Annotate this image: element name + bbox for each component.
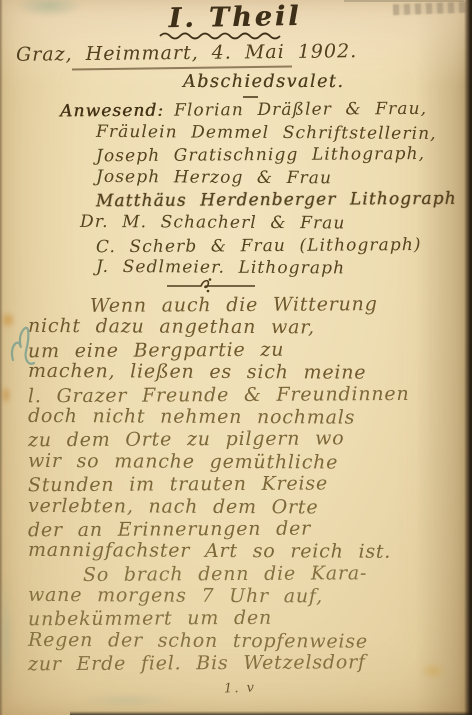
attendees-label: Anwesend: xyxy=(60,100,164,123)
attendee-line: C. Scherb & Frau (Lithograph) xyxy=(96,233,460,258)
attendee-line: Fräulein Demmel Schriftstellerin, xyxy=(96,120,460,145)
attendee-line: Matthäus Herdenberger Lithograph xyxy=(96,188,460,213)
body-line: doch nicht nehmen nochmals xyxy=(28,405,448,430)
body-line: unbekümmert um den xyxy=(28,606,448,631)
body-line: Regen der schon tropfenweise xyxy=(28,629,448,654)
body-line: l. Grazer Freunde & Freundinnen xyxy=(28,382,448,407)
body-line: Stunden im trauten Kreise xyxy=(28,472,448,497)
scan-edge-left xyxy=(0,0,3,715)
body-line: um eine Bergpartie zu xyxy=(28,337,448,362)
body-line: wir so manche gemüthliche xyxy=(28,450,448,475)
ink-bleedthrough xyxy=(80,693,175,708)
scan-edge-bottom xyxy=(70,711,472,715)
attendee-list: Anwesend: Florian Dräßler & Frau, Fräule… xyxy=(60,99,460,280)
pencil-smudge xyxy=(393,2,467,16)
body-line: machen, ließen es sich meine xyxy=(28,360,448,385)
scan-edge-right xyxy=(464,0,472,715)
body-text: Wenn auch die Witterung nicht dazu anget… xyxy=(28,294,448,675)
body-line: zu dem Orte zu pilgern wo xyxy=(28,427,448,452)
dateline-underline xyxy=(72,65,292,70)
title-wavy-underline xyxy=(158,31,288,41)
manuscript-page: I. Theil Graz, Heimmart, 4. Mai 1902. Ab… xyxy=(0,0,472,715)
attendee-line: Anwesend: Florian Dräßler & Frau, xyxy=(60,98,460,123)
body-line: der an Erinnerungen der xyxy=(28,517,448,542)
attendee-line: Joseph Herzog & Frau xyxy=(96,166,460,191)
attendee-line: Dr. M. Schacherl & Frau xyxy=(80,211,460,236)
attendee-name: Florian Dräßler & Frau, xyxy=(174,98,427,122)
page-title: I. Theil xyxy=(140,0,331,34)
body-line: Wenn auch die Witterung xyxy=(28,293,448,318)
body-line: verlebten, nach dem Orte xyxy=(28,494,448,519)
stamp-remnant-stain xyxy=(16,0,82,17)
heading-dash xyxy=(243,96,258,98)
dateline: Graz, Heimmart, 4. Mai 1902. xyxy=(16,40,357,66)
attendee-line: J. Sedlmeier. Lithograph xyxy=(96,256,460,281)
section-heading: Abschiedsvalet. xyxy=(183,72,344,92)
body-line: wane morgens 7 Uhr auf, xyxy=(28,584,448,609)
attendee-line: Joseph Gratischnigg Lithograph, xyxy=(96,143,460,168)
body-line: So brach denn die Kara- xyxy=(28,561,448,586)
body-line: nicht dazu angethan war, xyxy=(28,315,448,340)
body-line: mannigfachster Art so reich ist. xyxy=(28,539,448,564)
divider-flourish xyxy=(163,277,259,293)
body-line: zur Erde fiel. Bis Wetzelsdorf xyxy=(28,651,448,676)
scan-edge-top xyxy=(344,0,464,2)
footer-mark: 1. v xyxy=(195,679,285,697)
